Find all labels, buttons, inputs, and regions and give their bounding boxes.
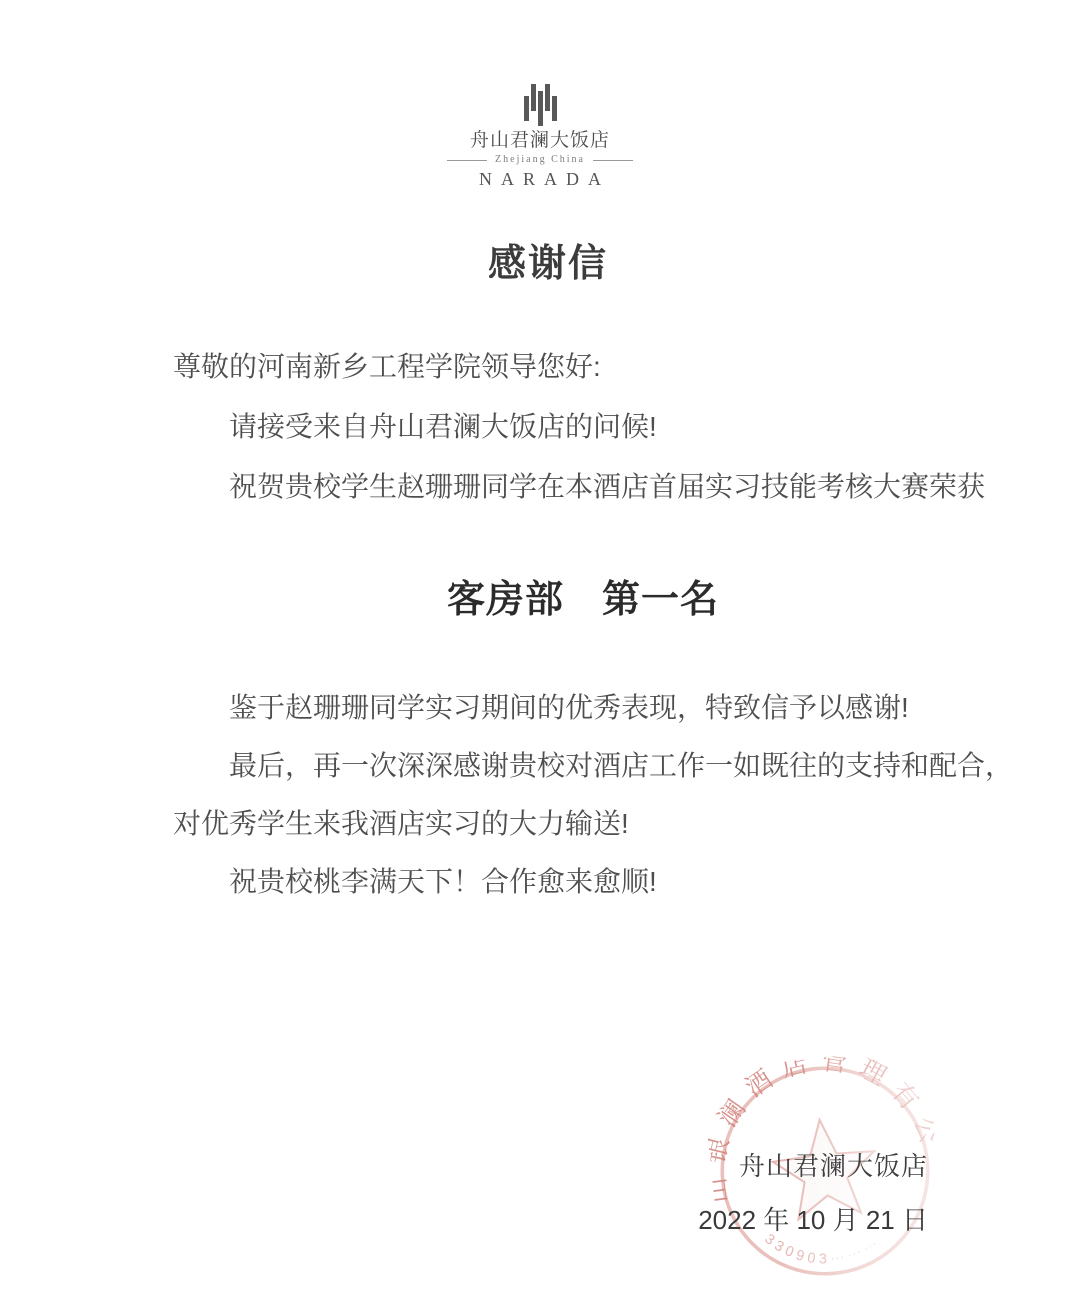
body-line: 祝贵校桃李满天下！合作愈来愈顺! [173,853,1013,911]
award-department: 客房部 [447,568,564,623]
body-line: 对优秀学生来我酒店实习的大力输送! [173,795,1013,853]
award-line: 客房部 第一名 [43,568,1080,623]
body-line: 鉴于赵珊珊同学实习期间的优秀表现，特致信予以感谢! [173,679,1013,737]
letter-opening-block: 尊敬的河南新乡工程学院领导您好: 请接受来自舟山君澜大饭店的问候! 祝贺贵校学生… [173,337,985,517]
narada-bars-icon [524,84,557,126]
seal-serial-faint: ⋯⋯⋯ [828,1233,886,1268]
narada-hotel-logo: 舟山君澜大饭店 Zhejiang China NARADA [0,84,1080,190]
signature-hotel-name: 舟山君澜大饭店 [739,1146,928,1183]
left-rule [447,160,487,161]
body-line: 请接受来自舟山君澜大饭店的问候! [173,397,985,457]
logo-brand-name: NARADA [470,169,610,190]
salutation-line: 尊敬的河南新乡工程学院领导您好: [173,337,985,397]
logo-region-line: Zhejiang China [447,154,633,166]
logo-region-text: Zhejiang China [495,154,585,166]
letter-closing-block: 鉴于赵珊珊同学实习期间的优秀表现，特致信予以感谢! 最后，再一次深深感谢贵校对酒… [173,679,1013,911]
letter-title: 感谢信 [8,232,1080,287]
letter-date: 2022 年 10 月 21 日 [698,1200,928,1237]
logo-hotel-name: 舟山君澜大饭店 [470,129,610,153]
body-line: 最后，再一次深深感谢贵校对酒店工作一如既往的支持和配合， [173,737,1013,795]
thank-you-letter-page: 舟山君澜大饭店 Zhejiang China NARADA 感谢信 尊敬的河南新… [0,0,1080,1306]
body-line: 祝贺贵校学生赵珊珊同学在本酒店首届实习技能考核大赛荣获 [173,457,985,517]
right-rule [593,160,633,161]
award-rank: 第一名 [602,568,719,623]
